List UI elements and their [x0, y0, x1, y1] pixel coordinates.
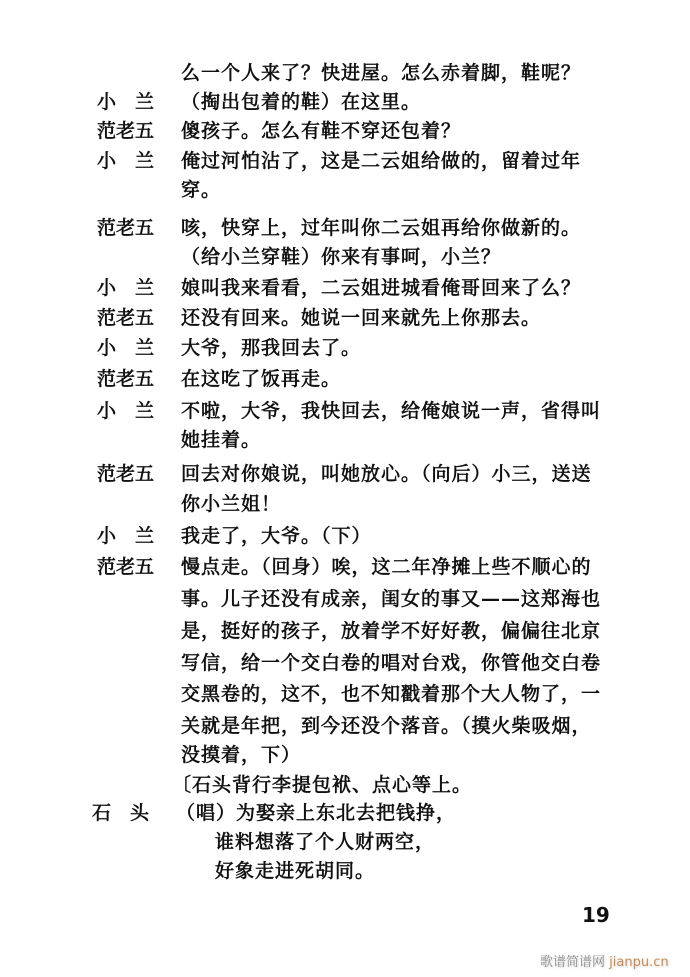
dialogue-text: 没摸着，下） — [181, 743, 301, 767]
speaker-name: 小 兰 — [97, 399, 167, 423]
dialogue-text: 大爷，那我回去了。 — [181, 336, 361, 360]
watermark: 歌谱简谱网 jianpu.cn — [540, 951, 669, 970]
speaker-name: 小 兰 — [97, 524, 167, 548]
dialogue-text: 她挂着。 — [181, 428, 261, 452]
speaker-name: 范老五 — [97, 462, 167, 486]
song-line: 好象走进死胡同。 — [215, 859, 375, 883]
speaker-name: 范老五 — [97, 555, 167, 579]
dialogue-text: 在这吃了饭再走。 — [181, 367, 341, 391]
speaker-name: 小 兰 — [97, 336, 167, 360]
dialogue-text: 慢点走。（回身）唉，这二年净摊上些不顺心的 — [181, 555, 592, 579]
dialogue-text: （掏出包着的鞋）在这里。 — [181, 90, 421, 114]
dialogue-text: 穿。 — [181, 178, 221, 202]
song-line: 谁料想落了个人财两空， — [215, 830, 435, 854]
dialogue-text: 俺过河怕沾了，这是二云姐给做的，留着过年 — [181, 149, 581, 173]
dialogue-text: 还没有回来。她说一回来就先上你那去。 — [181, 306, 541, 330]
dialogue-text: 关就是年把，到今还没个落音。（摸火柴吸烟， — [181, 714, 592, 738]
speaker-name: 小 兰 — [97, 90, 167, 114]
dialogue-text: 回去对你娘说，叫她放心。（向后）小三，送送 — [181, 462, 592, 486]
speaker-name: 小 兰 — [97, 276, 167, 300]
dialogue-text: 么一个人来了？快进屋。怎么赤着脚，鞋呢？ — [181, 61, 581, 85]
script-page: 么一个人来了？快进屋。怎么赤着脚，鞋呢？ 小 兰 （掏出包着的鞋）在这里。 范老… — [0, 0, 690, 977]
dialogue-text: 事。儿子还没有成亲，闺女的事又——这郑海也 — [181, 587, 601, 611]
speaker-name: 范老五 — [97, 216, 167, 240]
speaker-name: 范老五 — [97, 367, 167, 391]
song-line: （唱）为娶亲上东北去把钱挣， — [176, 801, 456, 825]
dialogue-text: 是，挺好的孩子，放着学不好好教，偏偏往北京 — [181, 619, 601, 643]
dialogue-text: （给小兰穿鞋）你来有事呵，小兰？ — [181, 245, 501, 269]
dialogue-text: 我走了，大爷。（下） — [181, 524, 372, 548]
dialogue-text: 不啦，大爷，我快回去，给俺娘说一声，省得叫 — [181, 399, 601, 423]
dialogue-text: 傻孩子。怎么有鞋不穿还包着？ — [181, 119, 461, 143]
watermark-site-name: 歌谱简谱网 — [540, 955, 605, 970]
speaker-name: 石 头 — [92, 801, 162, 825]
page-number: 19 — [582, 903, 610, 927]
speaker-name: 小 兰 — [97, 149, 167, 173]
dialogue-text: 娘叫我来看看，二云姐进城看俺哥回来了么？ — [181, 276, 581, 300]
speaker-name: 范老五 — [97, 306, 167, 330]
dialogue-text: 交黑卷的，这不，也不知戳着那个大人物了，一 — [181, 682, 601, 706]
watermark-domain: jianpu.cn — [609, 955, 668, 970]
dialogue-text: 咳，快穿上，过年叫你二云姐再给你做新的。 — [181, 216, 581, 240]
dialogue-text: 写信，给一个交白卷的唱对台戏，你管他交白卷 — [181, 651, 601, 675]
dialogue-text: 你小兰姐！ — [181, 492, 281, 516]
speaker-name: 范老五 — [97, 119, 167, 143]
stage-direction: 〔石头背行李提包袱、点心等上。 — [172, 773, 472, 797]
